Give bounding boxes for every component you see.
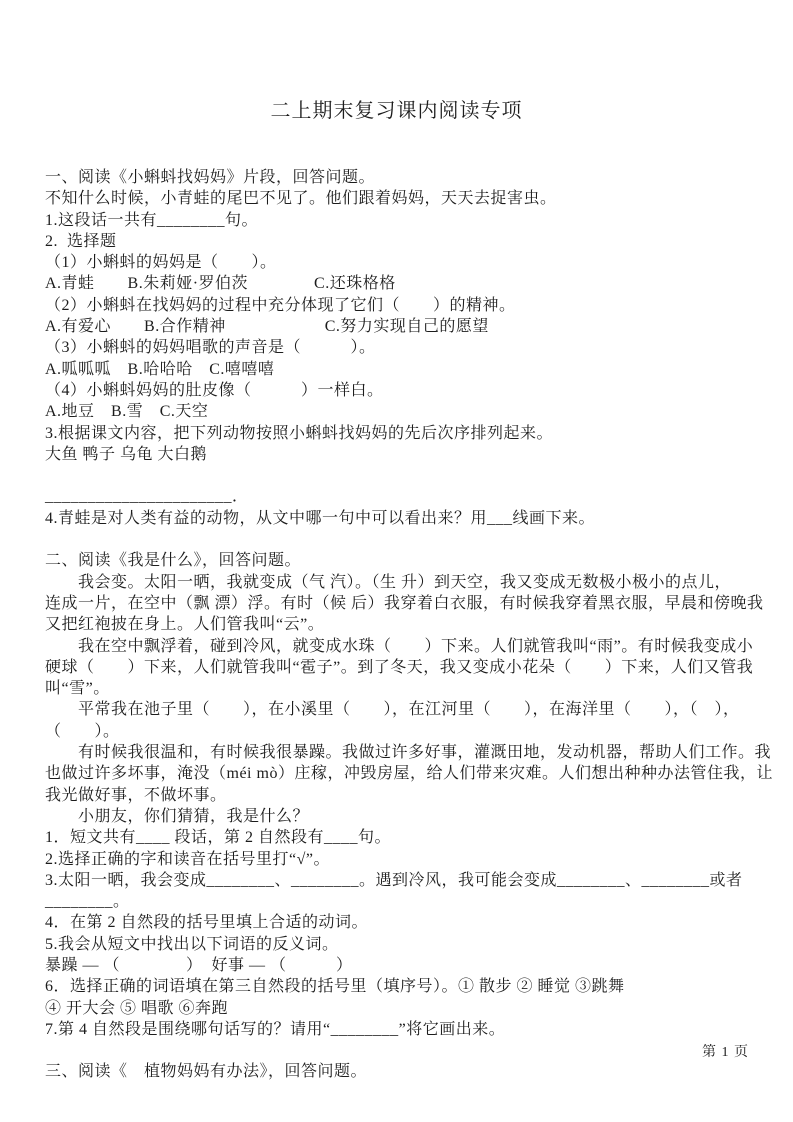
blank-line — [45, 465, 773, 486]
text-line: 我光做好事，不做坏事。 — [45, 785, 773, 806]
text-line: （1）小蝌蚪的妈妈是（ ）。 — [45, 252, 773, 273]
text-line: 1.这段话一共有________句。 — [45, 210, 773, 231]
text-line: 2.选择正确的字和读音在括号里打“√”。 — [45, 849, 773, 870]
text-line: 小朋友，你们猜猜，我是什么？ — [45, 806, 773, 827]
text-line: 我在空中飘浮着，碰到冷风，就变成水珠（ ）下来。人们就管我叫“雨”。有时候我变成… — [45, 636, 773, 657]
text-line: 叫“雪”。 — [45, 678, 773, 699]
text-line: （3）小蝌蚪的妈妈唱歌的声音是（ ）。 — [45, 337, 773, 358]
text-line: 4.青蛙是对人类有益的动物，从文中哪一句中可以看出来？用___线画下来。 — [45, 508, 773, 529]
text-line: 7.第 4 自然段是围绕哪句话写的？请用“________”将它画出来。 — [45, 1019, 773, 1040]
text-line: 二、阅读《我是什么》，回答问题。 — [45, 550, 773, 571]
text-line: 不知什么时候，小青蛙的尾巴不见了。他们跟着妈妈，天天去捉害虫。 — [45, 188, 773, 209]
text-line: ______________________． — [45, 486, 773, 507]
document-body: 一、阅读《小蝌蚪找妈妈》片段，回答问题。不知什么时候，小青蛙的尾巴不见了。他们跟… — [0, 167, 793, 1083]
text-line: 硬球（ ）下来，人们就管我叫“雹子”。到了冬天，我又变成小花朵（ ）下来，人们又… — [45, 657, 773, 678]
worksheet-page: 二上期末复习课内阅读专项 一、阅读《小蝌蚪找妈妈》片段，回答问题。不知什么时候，… — [0, 0, 793, 1122]
text-line: ④ 开大会 ⑤ 唱歌 ⑥奔跑 — [45, 998, 773, 1019]
text-line: 一、阅读《小蝌蚪找妈妈》片段，回答问题。 — [45, 167, 773, 188]
text-line: A.有爱心 B.合作精神 C.努力实现自己的愿望 — [45, 316, 773, 337]
text-line: ________。 — [45, 891, 773, 912]
text-line: 暴躁 — （ ） 好事 — （ ） — [45, 955, 773, 976]
text-line: A.地豆 B.雪 C.天空 — [45, 401, 773, 422]
blank-line — [45, 529, 773, 550]
text-line: 有时候我很温和，有时候我很暴躁。我做过许多好事，灌溉田地，发动机器，帮助人们工作… — [45, 742, 773, 763]
text-line: 连成一片，在空中（飘 漂）浮。有时（候 后）我穿着白衣服，有时候我穿着黑衣服，早… — [45, 593, 773, 614]
text-line: 3.根据课文内容，把下列动物按照小蝌蚪找妈妈的先后次序排列起来。 — [45, 423, 773, 444]
text-line: 2. 选择题 — [45, 231, 773, 252]
text-line: 平常我在池子里（ ），在小溪里（ ），在江河里（ ），在海洋里（ ），（ ）， — [45, 699, 773, 720]
text-line: 大鱼 鸭子 乌龟 大白鹅 — [45, 444, 773, 465]
page-number: 第 1 页 — [702, 1041, 749, 1061]
text-line: （ ）。 — [45, 721, 773, 742]
text-line: 4．在第 2 自然段的括号里填上合适的动词。 — [45, 912, 773, 933]
text-line: 6．选择正确的词语填在第三自然段的括号里（填序号）。① 散步 ② 睡觉 ③跳舞 — [45, 976, 773, 997]
blank-line — [45, 1040, 773, 1061]
text-line: 5.我会从短文中找出以下词语的反义词。 — [45, 934, 773, 955]
text-line: 我会变。太阳一晒，我就变成（气 汽）。（生 升）到天空，我又变成无数极小极小的点… — [45, 572, 773, 593]
text-line: （2）小蝌蚪在找妈妈的过程中充分体现了它们（ ）的精神。 — [45, 295, 773, 316]
text-line: 又把红袍披在身上。人们管我叫“云”。 — [45, 614, 773, 635]
text-line: A.呱呱呱 B.哈哈哈 C.嘻嘻嘻 — [45, 359, 773, 380]
text-line: 1．短文共有____ 段话，第 2 自然段有____句。 — [45, 827, 773, 848]
text-line: 也做过许多坏事，淹没（méi mò）庄稼，冲毁房屋，给人们带来灾难。人们想出种种… — [45, 763, 773, 784]
text-line: 3.太阳一晒，我会变成________、________。遇到冷风，我可能会变成… — [45, 870, 773, 891]
page-title: 二上期末复习课内阅读专项 — [0, 0, 793, 123]
text-line: A.青蛙 B.朱莉娅·罗伯茨 C.还珠格格 — [45, 273, 773, 294]
text-line: （4）小蝌蚪妈妈的肚皮像（ ）一样白。 — [45, 380, 773, 401]
text-line: 三、阅读《 植物妈妈有办法》，回答问题。 — [45, 1061, 773, 1082]
